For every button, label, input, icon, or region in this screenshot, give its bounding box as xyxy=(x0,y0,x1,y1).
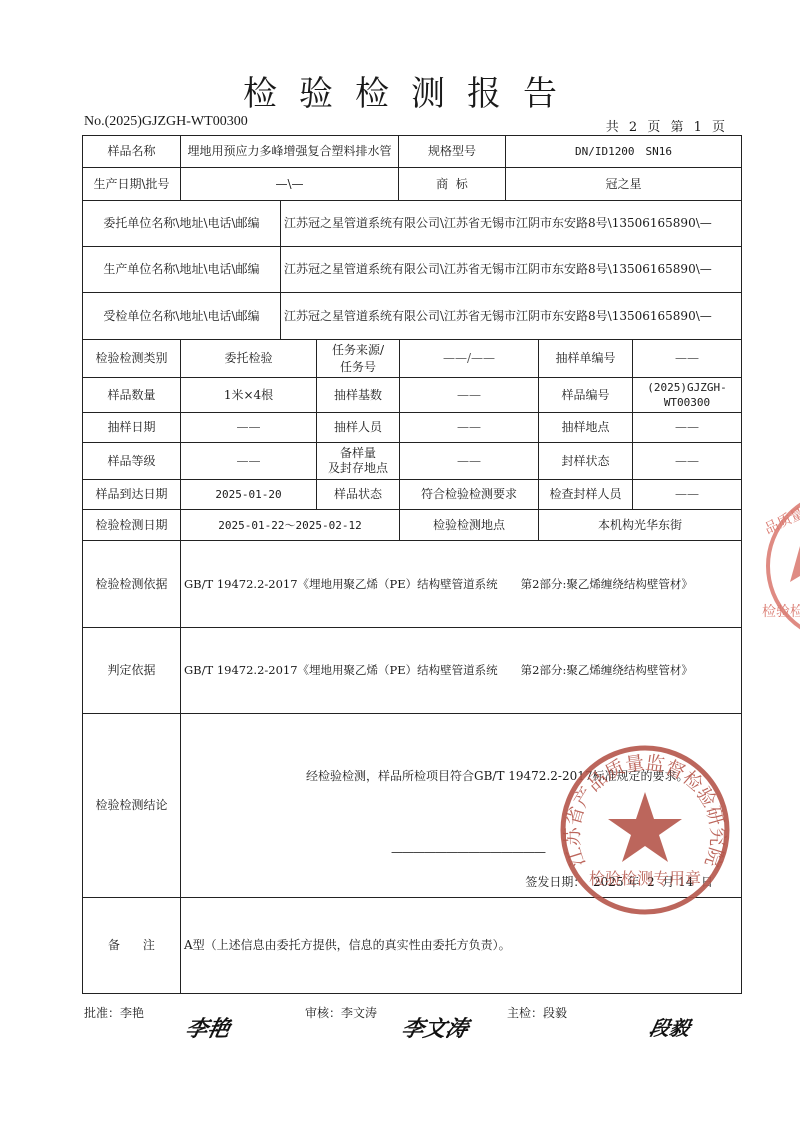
sample-qty-label: 样品数量 xyxy=(82,377,181,413)
sampling-base-label: 抽样基数 xyxy=(316,377,400,413)
task-source-value: ——/—— xyxy=(399,339,539,378)
report-table: 样品名称 埋地用预应力多峰增强复合塑料排水管 规格型号 DN/ID1200 SN… xyxy=(83,136,743,995)
sampling-place-value: —— xyxy=(632,412,742,443)
sample-grade-value: —— xyxy=(180,442,317,480)
inspected-unit-label: 受检单位名称\地址\电话\邮编 xyxy=(82,292,281,340)
sample-name-label: 样品名称 xyxy=(82,135,181,168)
approver-signature: 李艳 xyxy=(183,1012,234,1043)
spec-label: 规格型号 xyxy=(398,135,506,168)
test-type-value: 委托检验 xyxy=(180,339,317,378)
svg-text:品质量: 品质量 xyxy=(762,505,800,537)
client-value: 江苏冠之星管道系统有限公司\江苏省无锡市江阴市东安路8号\13506165890… xyxy=(280,200,742,247)
client-label: 委托单位名称\地址\电话\邮编 xyxy=(82,200,281,247)
inspector-signature: 段毅 xyxy=(647,1012,693,1041)
production-date-label: 生产日期\批号 xyxy=(82,167,181,201)
sampling-place-label: 抽样地点 xyxy=(538,412,633,443)
arrival-date-value: 2025-01-20 xyxy=(180,479,317,510)
sampling-date-value: —— xyxy=(180,412,317,443)
conclusion-box: 经检验检测，样品所检项目符合GB/T 19472.2-2017标准规定的要求。 … xyxy=(180,713,742,898)
test-place-value: 本机构光华东街 xyxy=(538,509,742,541)
seal-status-value: —— xyxy=(632,442,742,480)
reserve-value: —— xyxy=(399,442,539,480)
spec-value: DN/ID1200 SN16 xyxy=(505,135,742,168)
test-place-label: 检验检测地点 xyxy=(399,509,539,541)
seal-status-label: 封样状态 xyxy=(538,442,633,480)
sample-name-value: 埋地用预应力多峰增强复合塑料排水管 xyxy=(180,135,399,168)
sample-status-label: 样品状态 xyxy=(316,479,400,510)
report-number: No.(2025)GJZGH-WT00300 xyxy=(84,114,248,130)
inspected-unit-value: 江苏冠之星管道系统有限公司\江苏省无锡市江阴市东安路8号\13506165890… xyxy=(280,292,742,340)
sample-no-value: (2025)GJZGH- WT00300 xyxy=(632,377,742,413)
page-count: 共 2 页 第 1 页 xyxy=(606,116,728,135)
sample-status-value: 符合检验检测要求 xyxy=(399,479,539,510)
producer-label: 生产单位名称\地址\电话\邮编 xyxy=(82,246,281,293)
judgement-label: 判定依据 xyxy=(82,627,181,714)
sampling-base-value: —— xyxy=(399,377,539,413)
sampler-value: —— xyxy=(399,412,539,443)
remarks-value: A型（上述信息由委托方提供，信息的真实性由委托方负责）。 xyxy=(180,897,742,994)
trademark-value: 冠之星 xyxy=(505,167,742,201)
partial-seal-icon: 品质量 检验检 xyxy=(760,488,800,648)
sample-no-label: 样品编号 xyxy=(538,377,633,413)
reviewer-label: 审核：李文涛 xyxy=(305,1004,377,1021)
reserve-label: 备样量 及封存地点 xyxy=(316,442,400,480)
reviewer-signature: 李文涛 xyxy=(399,1012,472,1043)
svg-text:检验检: 检验检 xyxy=(762,603,800,620)
conclusion-blank-line: —————————————— xyxy=(391,844,545,861)
trademark-label: 商 标 xyxy=(398,167,506,201)
basis-label: 检验检测依据 xyxy=(82,540,181,628)
test-date-value: 2025-01-22～2025-02-12 xyxy=(180,509,400,541)
approver-label: 批准：李艳 xyxy=(84,1004,144,1021)
producer-value: 江苏冠之星管道系统有限公司\江苏省无锡市江阴市东安路8号\13506165890… xyxy=(280,246,742,293)
sample-grade-label: 样品等级 xyxy=(82,442,181,480)
production-date-value: —\— xyxy=(180,167,399,201)
sampling-sheet-no-label: 抽样单编号 xyxy=(538,339,633,378)
issue-date: 签发日期： 2025 年 2 月 14 日 xyxy=(525,874,713,891)
test-date-label: 检验检测日期 xyxy=(82,509,181,541)
arrival-date-label: 样品到达日期 xyxy=(82,479,181,510)
report-title: 检验检测报告 xyxy=(0,66,800,115)
conclusion-text: 经检验检测，样品所检项目符合GB/T 19472.2-2017标准规定的要求。 xyxy=(306,768,689,785)
sampler-label: 抽样人员 xyxy=(316,412,400,443)
basis-value: GB/T 19472.2-2017《埋地用聚乙烯（PE）结构壁管道系统 第2部分… xyxy=(180,540,742,628)
remarks-label: 备 注 xyxy=(82,897,181,994)
sampling-date-label: 抽样日期 xyxy=(82,412,181,443)
sample-qty-value: 1米×4根 xyxy=(180,377,317,413)
sampling-sheet-no-value: —— xyxy=(632,339,742,378)
test-type-label: 检验检测类别 xyxy=(82,339,181,378)
task-source-label: 任务来源/ 任务号 xyxy=(316,339,400,378)
conclusion-label: 检验检测结论 xyxy=(82,713,181,898)
seal-checker-label: 检查封样人员 xyxy=(538,479,633,510)
judgement-value: GB/T 19472.2-2017《埋地用聚乙烯（PE）结构壁管道系统 第2部分… xyxy=(180,627,742,714)
seal-checker-value: —— xyxy=(632,479,742,510)
inspector-label: 主检：段毅 xyxy=(507,1004,567,1021)
